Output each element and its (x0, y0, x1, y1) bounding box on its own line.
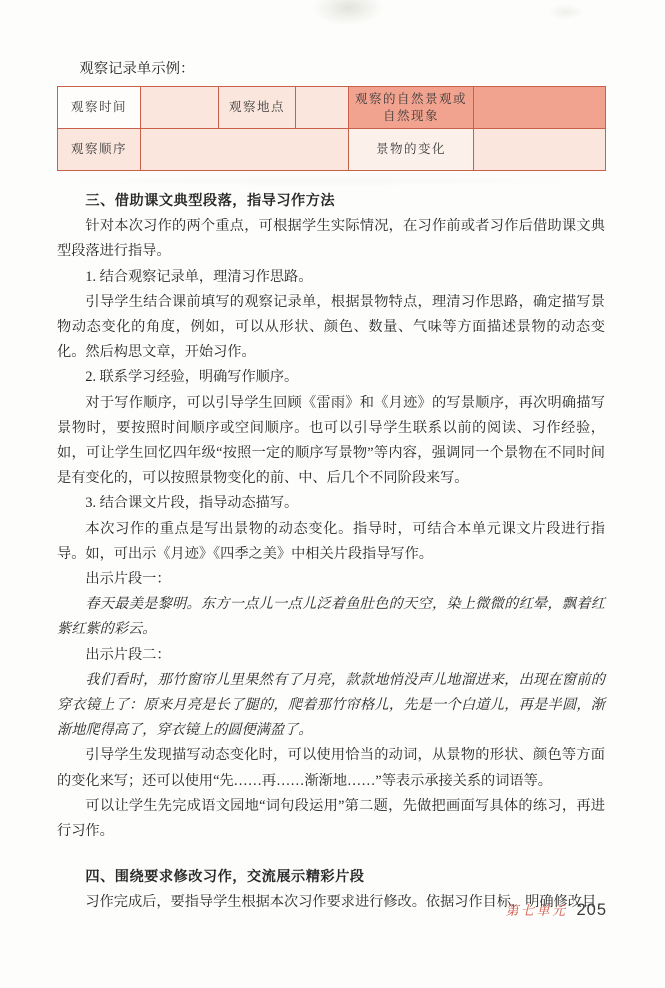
section-heading-4: 四、围绕要求修改习作，交流展示精彩片段 (57, 865, 605, 890)
cell-observe-time-label: 观察时间 (58, 87, 141, 129)
subitem-heading-1: 1. 结合观察记录单，理清习作思路。 (57, 265, 605, 290)
cell-observe-subject-label: 观察的自然景观或自然现象 (349, 87, 474, 129)
cell-observe-order-value (141, 129, 349, 171)
unit-label: 第七单元 (505, 900, 567, 919)
cell-scene-change-label: 景物的变化 (349, 129, 474, 171)
body-paragraph: 针对本次习作的两个重点，可根据学生实际情况，在习作前或者习作后借助课文典型段落进… (57, 214, 605, 264)
body-paragraph: 本次习作的重点是写出景物的动态变化。指导时，可结合本单元课文片段进行指导。如，可… (57, 517, 605, 567)
book-page: 观察记录单示例： 观察时间 观察地点 观察的自然景观或自然现象 观察顺序 景物的… (0, 0, 665, 988)
body-paragraph: 对于写作顺序，可以引导学生回顾《雷雨》和《月迹》的写景顺序，再次明确描写景物时，… (57, 391, 605, 492)
cell-observe-subject-value (474, 87, 606, 129)
subitem-heading-3: 3. 结合课文片段，指导动态描写。 (57, 491, 605, 516)
page-content: 观察记录单示例： 观察时间 观察地点 观察的自然景观或自然现象 观察顺序 景物的… (57, 58, 605, 916)
cell-observe-place-value (296, 87, 349, 129)
section-heading-3: 三、借助课文典型段落，指导习作方法 (57, 189, 605, 214)
cell-observe-time-value (141, 87, 219, 129)
body-paragraph: 引导学生发现描写动态变化时，可以使用恰当的动词，从景物的形状、颜色等方面的变化来… (57, 743, 605, 793)
table-caption: 观察记录单示例： (57, 58, 605, 80)
excerpt-paragraph-1: 春天最美是黎明。东方一点儿一点儿泛着鱼肚色的天空，染上微微的红晕，飘着红紫红紫的… (57, 592, 605, 642)
excerpt-1-lead: 出示片段一： (57, 567, 605, 592)
cell-observe-order-label: 观察顺序 (58, 129, 141, 171)
page-footer: 第七单元 205 (505, 900, 607, 920)
body-paragraph: 可以让学生先完成语文园地“词句段运用”第二题，先做把画面写具体的练习，再进行习作… (57, 794, 605, 844)
subitem-heading-2: 2. 联系学习经验，明确写作顺序。 (57, 365, 605, 390)
scan-smudge (548, 4, 584, 20)
body-paragraph: 引导学生结合课前填写的观察记录单，根据景物特点，理清习作思路，确定描写景物动态变… (57, 290, 605, 366)
page-number: 205 (576, 901, 607, 920)
cell-observe-place-label: 观察地点 (219, 87, 296, 129)
excerpt-2-lead: 出示片段二： (57, 643, 605, 668)
cell-scene-change-value (474, 129, 606, 171)
scan-smudge (312, 0, 384, 26)
observation-record-table: 观察时间 观察地点 观察的自然景观或自然现象 观察顺序 景物的变化 (57, 86, 606, 171)
excerpt-paragraph-2: 我们看时，那竹窗帘儿里果然有了月亮，款款地悄没声儿地溜进来，出现在窗前的穿衣镜上… (57, 668, 605, 744)
